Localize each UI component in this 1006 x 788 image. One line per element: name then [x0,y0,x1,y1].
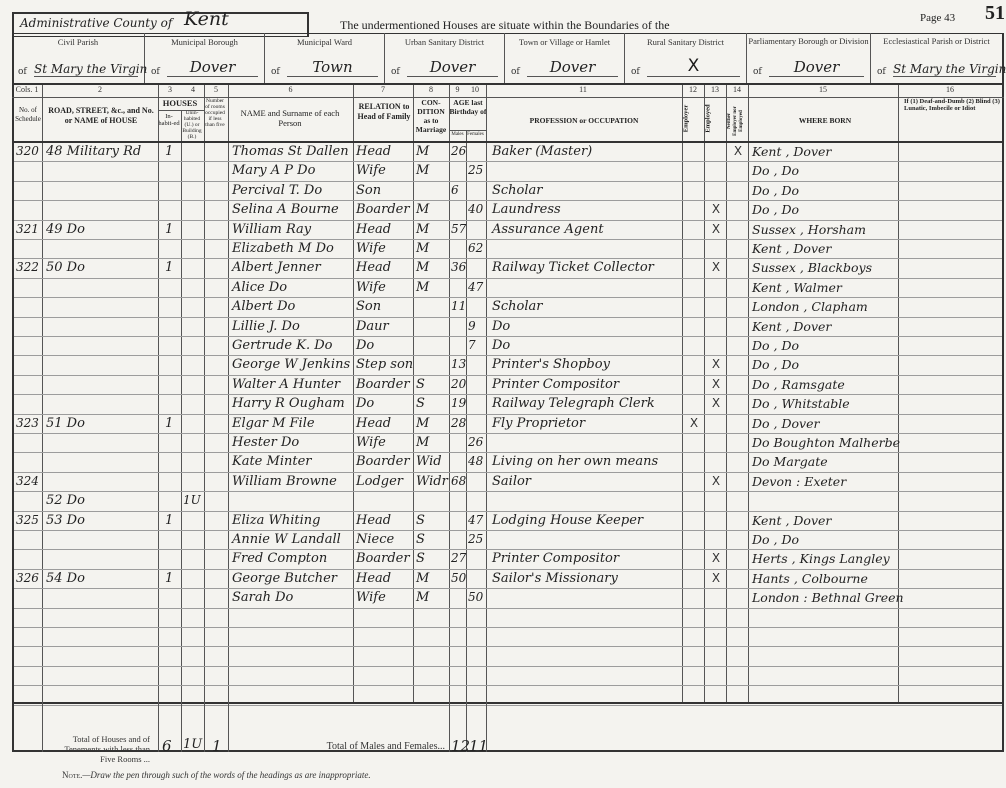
cell-schedule [16,336,42,355]
cell-address [46,375,156,394]
cell-relation: Wife [356,588,414,607]
cell-where-born: Do Margate [752,452,897,471]
cell-condition: M [416,161,448,180]
total-houses-label: Total of Houses and of Tenements with le… [48,734,150,764]
cell-inhabited [165,394,179,413]
area-value: St Mary the Virgin [893,62,996,77]
cell-male-age: 57 [451,220,467,239]
cell-condition [416,297,448,316]
cell-uninhabited [183,472,203,491]
cell-address [46,472,156,491]
cell-where-born: Kent , Walmer [752,278,897,297]
cell-address [46,317,156,336]
cell-where-born: Kent , Dover [752,511,897,530]
area-parliamentary-borough: Parliamentary Borough or Division of Dov… [747,33,871,83]
grid-line [158,110,204,111]
cell-schedule [16,530,42,549]
header-inhabited: In-habit-ed [158,113,180,127]
cell-uninhabited [183,297,203,316]
total-females: 11 [469,737,488,755]
cell-condition: M [416,258,448,277]
cell-inhabited: 1 [165,569,179,588]
area-value: Dover [769,58,864,77]
header-rooms: Number of rooms occupied if less than fi… [204,98,226,128]
area-town: Town or Village or Hamlet of Dover [505,33,625,83]
cell-employed: X [708,551,724,565]
cell-address: 48 Military Rd [46,142,156,161]
grid-line [181,702,182,752]
cell-female-age [468,549,486,568]
cell-where-born: Do , Ramsgate [752,375,897,394]
cell-relation: Boarder [356,549,414,568]
cell-schedule: 325 [16,511,42,530]
cell-address: 49 Do [46,220,156,239]
footnote-lead: Note. [62,770,82,780]
cell-where-born: London , Clapham [752,297,897,316]
cell-schedule: 320 [16,142,42,161]
row-rule [14,705,1002,706]
header-employed: Employed [705,99,712,139]
cell-uninhabited: 1U [183,491,203,510]
cell-female-age: 26 [468,433,486,452]
area-of: of [271,67,280,77]
footnote-text: —Draw the pen through such of the words … [82,770,370,780]
row-rule [14,666,1002,667]
cell-inhabited [165,588,179,607]
cell-male-age: 26 [451,142,467,161]
cell-uninhabited [183,278,203,297]
cell-name: Kate Minter [232,452,354,471]
area-title: Civil Parish [12,37,144,47]
cell-male-age [451,588,467,607]
cell-schedule [16,200,42,219]
cell-occupation: Sailor [492,472,678,491]
cell-relation: Boarder [356,200,414,219]
cell-female-age: 50 [468,588,486,607]
cell-condition: M [416,142,448,161]
col-number: 10 [466,85,484,94]
cell-relation: Daur [356,317,414,336]
area-title: Urban Sanitary District [385,37,504,47]
cell-occupation: Laundress [492,200,678,219]
area-value: Town [287,58,378,77]
cell-occupation [492,530,678,549]
cell-inhabited: 1 [165,142,179,161]
col-number: 12 [682,85,704,94]
cell-relation: Lodger [356,472,414,491]
cell-name: Lillie J. Do [232,317,354,336]
cell-address: 52 Do [46,491,156,510]
cell-condition: M [416,588,448,607]
cell-address [46,549,156,568]
cell-occupation: Printer Compositor [492,549,678,568]
cell-address [46,239,156,258]
cell-male-age [451,530,467,549]
cell-condition [416,355,448,374]
cell-name: Harry R Ougham [232,394,354,413]
cell-male-age: 68 [451,472,467,491]
area-value: X [647,56,740,77]
col-number: 11 [484,85,682,94]
folio-number: 51 [985,2,1005,25]
cell-relation: Son [356,181,414,200]
cell-name: George W Jenkins [232,355,354,374]
cell-employed: X [708,357,724,371]
cell-where-born: Do , Do [752,355,897,374]
column-number-row: Cols. 1 2 3 4 5 6 7 8 9 10 11 12 13 14 1… [12,85,1004,98]
cell-name: Hester Do [232,433,354,452]
cell-occupation: Printer Compositor [492,375,678,394]
cell-name: Elizabeth M Do [232,239,354,258]
area-of: of [18,67,27,77]
cell-relation: Step son [356,355,414,374]
grid-line [181,110,182,702]
cell-where-born: Do , Do [752,161,897,180]
cell-uninhabited [183,336,203,355]
cell-female-age: 40 [468,200,486,219]
cell-inhabited [165,239,179,258]
header-uninhabited: Unin-habited (U.) or Building (B.) [181,110,203,140]
cell-relation: Wife [356,278,414,297]
cell-inhabited: 1 [165,258,179,277]
cell-condition [416,181,448,200]
cell-occupation: Scholar [492,181,678,200]
cell-inhabited [165,452,179,471]
total-inhabited: 6 [162,737,172,755]
cell-name: Alice Do [232,278,354,297]
cell-where-born: Hants , Colbourne [752,569,897,588]
area-ecclesiastical-parish: Ecclesiastical Parish or District of St … [871,33,1002,83]
cell-male-age [451,452,467,471]
area-title: Town or Village or Hamlet [505,37,624,47]
col-number: 13 [704,85,726,94]
cell-uninhabited [183,181,203,200]
cell-female-age: 7 [468,336,486,355]
cell-occupation [492,588,678,607]
col-number: 5 [204,85,228,94]
total-persons-label: Total of Males and Females... [300,742,445,752]
cell-occupation: Baker (Master) [492,142,678,161]
cell-schedule [16,549,42,568]
area-value: St Mary the Virgin [34,62,138,77]
cell-uninhabited [183,355,203,374]
cell-name: Sarah Do [232,588,354,607]
cell-schedule [16,317,42,336]
cell-female-age [468,491,486,510]
cell-inhabited: 1 [165,220,179,239]
cell-where-born: Do , Do [752,181,897,200]
cell-male-age: 13 [451,355,467,374]
cell-employed: X [708,474,724,488]
area-value: Dover [167,58,258,77]
cell-address [46,181,156,200]
admin-county-label: Administrative County of [20,16,172,30]
grid-line [42,702,43,752]
cell-uninhabited [183,394,203,413]
cell-address [46,530,156,549]
cell-where-born: Kent , Dover [752,317,897,336]
cell-where-born: Do Boughton Malherbe [752,433,897,452]
cell-inhabited [165,355,179,374]
header-females: Females [466,131,485,138]
cell-schedule [16,161,42,180]
grid-line [449,702,450,752]
cell-inhabited [165,549,179,568]
cell-where-born: Do , Dover [752,414,897,433]
cell-employed: X [708,571,724,585]
header-houses: HOUSES [158,98,202,108]
cell-occupation: Lodging House Keeper [492,511,678,530]
admin-county-value: Kent [184,8,229,30]
area-value: Dover [407,58,498,77]
cell-uninhabited [183,258,203,277]
cell-inhabited [165,530,179,549]
cell-schedule: 322 [16,258,42,277]
area-boundaries-row: Civil Parish of St Mary the Virgin Munic… [12,33,1004,85]
row-rule [14,608,1002,609]
cell-schedule [16,433,42,452]
area-municipal-ward: Municipal Ward of Town [265,33,385,83]
cell-inhabited: 1 [165,511,179,530]
cell-occupation: Sailor's Missionary [492,569,678,588]
header-condition: CON-DITION as to Marriage [414,98,448,134]
header-neither: Neither Employer nor Employed [727,103,745,139]
area-title: Parliamentary Borough or Division [747,37,870,46]
area-value: Dover [527,58,618,77]
area-municipal-borough: Municipal Borough of Dover [145,33,265,83]
cell-address [46,355,156,374]
cell-male-age [451,511,467,530]
area-of: of [391,67,400,77]
cell-relation: Head [356,220,414,239]
area-title: Municipal Borough [145,37,264,47]
cell-where-born: Do , Do [752,336,897,355]
cell-male-age: 20 [451,375,467,394]
cell-condition [416,317,448,336]
header-age: AGE last Birthday of [449,98,487,116]
cell-schedule [16,452,42,471]
cell-inhabited [165,491,179,510]
cell-occupation: Fly Proprietor [492,414,678,433]
cell-address: 50 Do [46,258,156,277]
header-address: ROAD, STREET, &c., and No. or NAME of HO… [46,106,156,126]
area-civil-parish: Civil Parish of St Mary the Virgin [12,33,145,83]
area-title: Rural Sanitary District [625,37,746,47]
cell-schedule [16,297,42,316]
cell-uninhabited [183,511,203,530]
cell-inhabited [165,336,179,355]
col-number: 15 [748,85,898,94]
cell-name: Walter A Hunter [232,375,354,394]
cell-male-age [451,336,467,355]
cell-occupation: Do [492,317,678,336]
cell-male-age: 27 [451,549,467,568]
cell-relation: Wife [356,433,414,452]
cell-male-age [451,278,467,297]
cell-where-born: Do , Do [752,530,897,549]
cell-relation: Head [356,258,414,277]
cell-condition: S [416,375,448,394]
cell-address: 51 Do [46,414,156,433]
area-of: of [877,67,886,77]
cell-where-born: Herts , Kings Langley [752,549,897,568]
cell-uninhabited [183,433,203,452]
cell-uninhabited [183,414,203,433]
cell-female-age [468,220,486,239]
area-title: Ecclesiastical Parish or District [871,37,1002,46]
cell-condition: M [416,278,448,297]
cell-inhabited: 1 [165,414,179,433]
col-number: 8 [413,85,449,94]
cell-condition: M [416,220,448,239]
col-number: 3 [158,85,182,94]
area-rural-sanitary-district: Rural Sanitary District of X [625,33,747,83]
cell-female-age [468,181,486,200]
cell-condition: S [416,511,448,530]
cell-uninhabited [183,142,203,161]
cell-relation: Do [356,336,414,355]
col-number: 6 [228,85,353,94]
cell-occupation: Railway Telegraph Clerk [492,394,678,413]
cell-employed: X [708,377,724,391]
cell-where-born [752,491,897,510]
cell-relation: Head [356,142,414,161]
cell-relation: Head [356,414,414,433]
cell-address [46,200,156,219]
cell-condition: M [416,414,448,433]
cell-female-age [468,414,486,433]
cell-condition: M [416,569,448,588]
cell-uninhabited [183,220,203,239]
cell-relation: Son [356,297,414,316]
cell-address [46,433,156,452]
cell-male-age: 28 [451,414,467,433]
cell-relation: Head [356,511,414,530]
cell-female-age: 9 [468,317,486,336]
cell-inhabited [165,161,179,180]
cell-uninhabited [183,549,203,568]
cell-occupation [492,161,678,180]
cell-condition: M [416,433,448,452]
cell-schedule: 323 [16,414,42,433]
cell-name: Thomas St Dallen [232,142,354,161]
header-occupation: PROFESSION or OCCUPATION [486,116,682,126]
cell-condition: Widr [416,472,448,491]
col-number: Cols. 1 [12,85,42,94]
cell-occupation: Printer's Shopboy [492,355,678,374]
cell-female-age [468,297,486,316]
cell-female-age: 25 [468,161,486,180]
cell-inhabited [165,433,179,452]
col-number: 14 [726,85,748,94]
cell-schedule: 326 [16,569,42,588]
page-title: The undermentioned Houses are situate wi… [340,18,670,33]
area-urban-sanitary-district: Urban Sanitary District of Dover [385,33,505,83]
cell-male-age [451,491,467,510]
cell-name: Albert Do [232,297,354,316]
cell-address [46,278,156,297]
cell-schedule [16,355,42,374]
header-employer: Employer [683,99,690,139]
cell-relation: Wife [356,161,414,180]
cell-occupation: Do [492,336,678,355]
cell-inhabited [165,375,179,394]
cell-condition: Wid [416,452,448,471]
header-infirmity: If (1) Deaf-and-Dumb (2) Blind (3) Lunat… [900,98,1004,112]
cell-employed: X [708,202,724,216]
grid-line [158,702,159,752]
cell-schedule [16,394,42,413]
cell-where-born: Devon : Exeter [752,472,897,491]
cell-uninhabited [183,317,203,336]
row-rule [14,685,1002,686]
footnote: Note.—Draw the pen through such of the w… [62,770,371,780]
cell-occupation [492,278,678,297]
grid-line [228,702,229,752]
cell-inhabited [165,200,179,219]
cell-relation: Head [356,569,414,588]
cell-inhabited [165,317,179,336]
total-rooms: 1 [212,737,222,755]
header-name: NAME and Surname of each Person [235,108,345,128]
cell-name: William Browne [232,472,354,491]
area-title: Municipal Ward [265,37,384,47]
cell-occupation [492,433,678,452]
cell-name: Annie W Landall [232,530,354,549]
cell-address [46,297,156,316]
cell-name: Gertrude K. Do [232,336,354,355]
cell-employed: X [708,222,724,236]
cell-female-age [468,258,486,277]
col-number: 2 [42,85,158,94]
cell-address: 53 Do [46,511,156,530]
cell-male-age: 11 [451,297,467,316]
cell-inhabited [165,278,179,297]
cell-neither: X [730,144,746,158]
cell-inhabited [165,297,179,316]
cell-male-age: 6 [451,181,467,200]
cell-address: 54 Do [46,569,156,588]
cell-name [232,491,354,510]
cell-schedule [16,491,42,510]
header-where-born: WHERE BORN [750,116,900,126]
cell-name: George Butcher [232,569,354,588]
total-males: 12 [451,737,470,755]
cell-name: Albert Jenner [232,258,354,277]
cell-occupation: Assurance Agent [492,220,678,239]
cell-occupation: Living on her own means [492,452,678,471]
cell-uninhabited [183,161,203,180]
cell-inhabited [165,181,179,200]
cell-male-age: 19 [451,394,467,413]
cell-male-age [451,161,467,180]
cell-name: Elgar M File [232,414,354,433]
row-rule [14,627,1002,628]
cell-female-age [468,394,486,413]
cell-address [46,452,156,471]
cell-name: Fred Compton [232,549,354,568]
cell-female-age: 47 [468,278,486,297]
area-of: of [631,67,640,77]
cell-where-born: London : Bethnal Green [752,588,897,607]
cell-uninhabited [183,530,203,549]
cell-schedule [16,588,42,607]
cell-condition: M [416,239,448,258]
total-uninhabited: 1U [183,737,202,752]
cell-female-age [468,472,486,491]
cell-where-born: Sussex , Blackboys [752,258,897,277]
area-of: of [511,67,520,77]
